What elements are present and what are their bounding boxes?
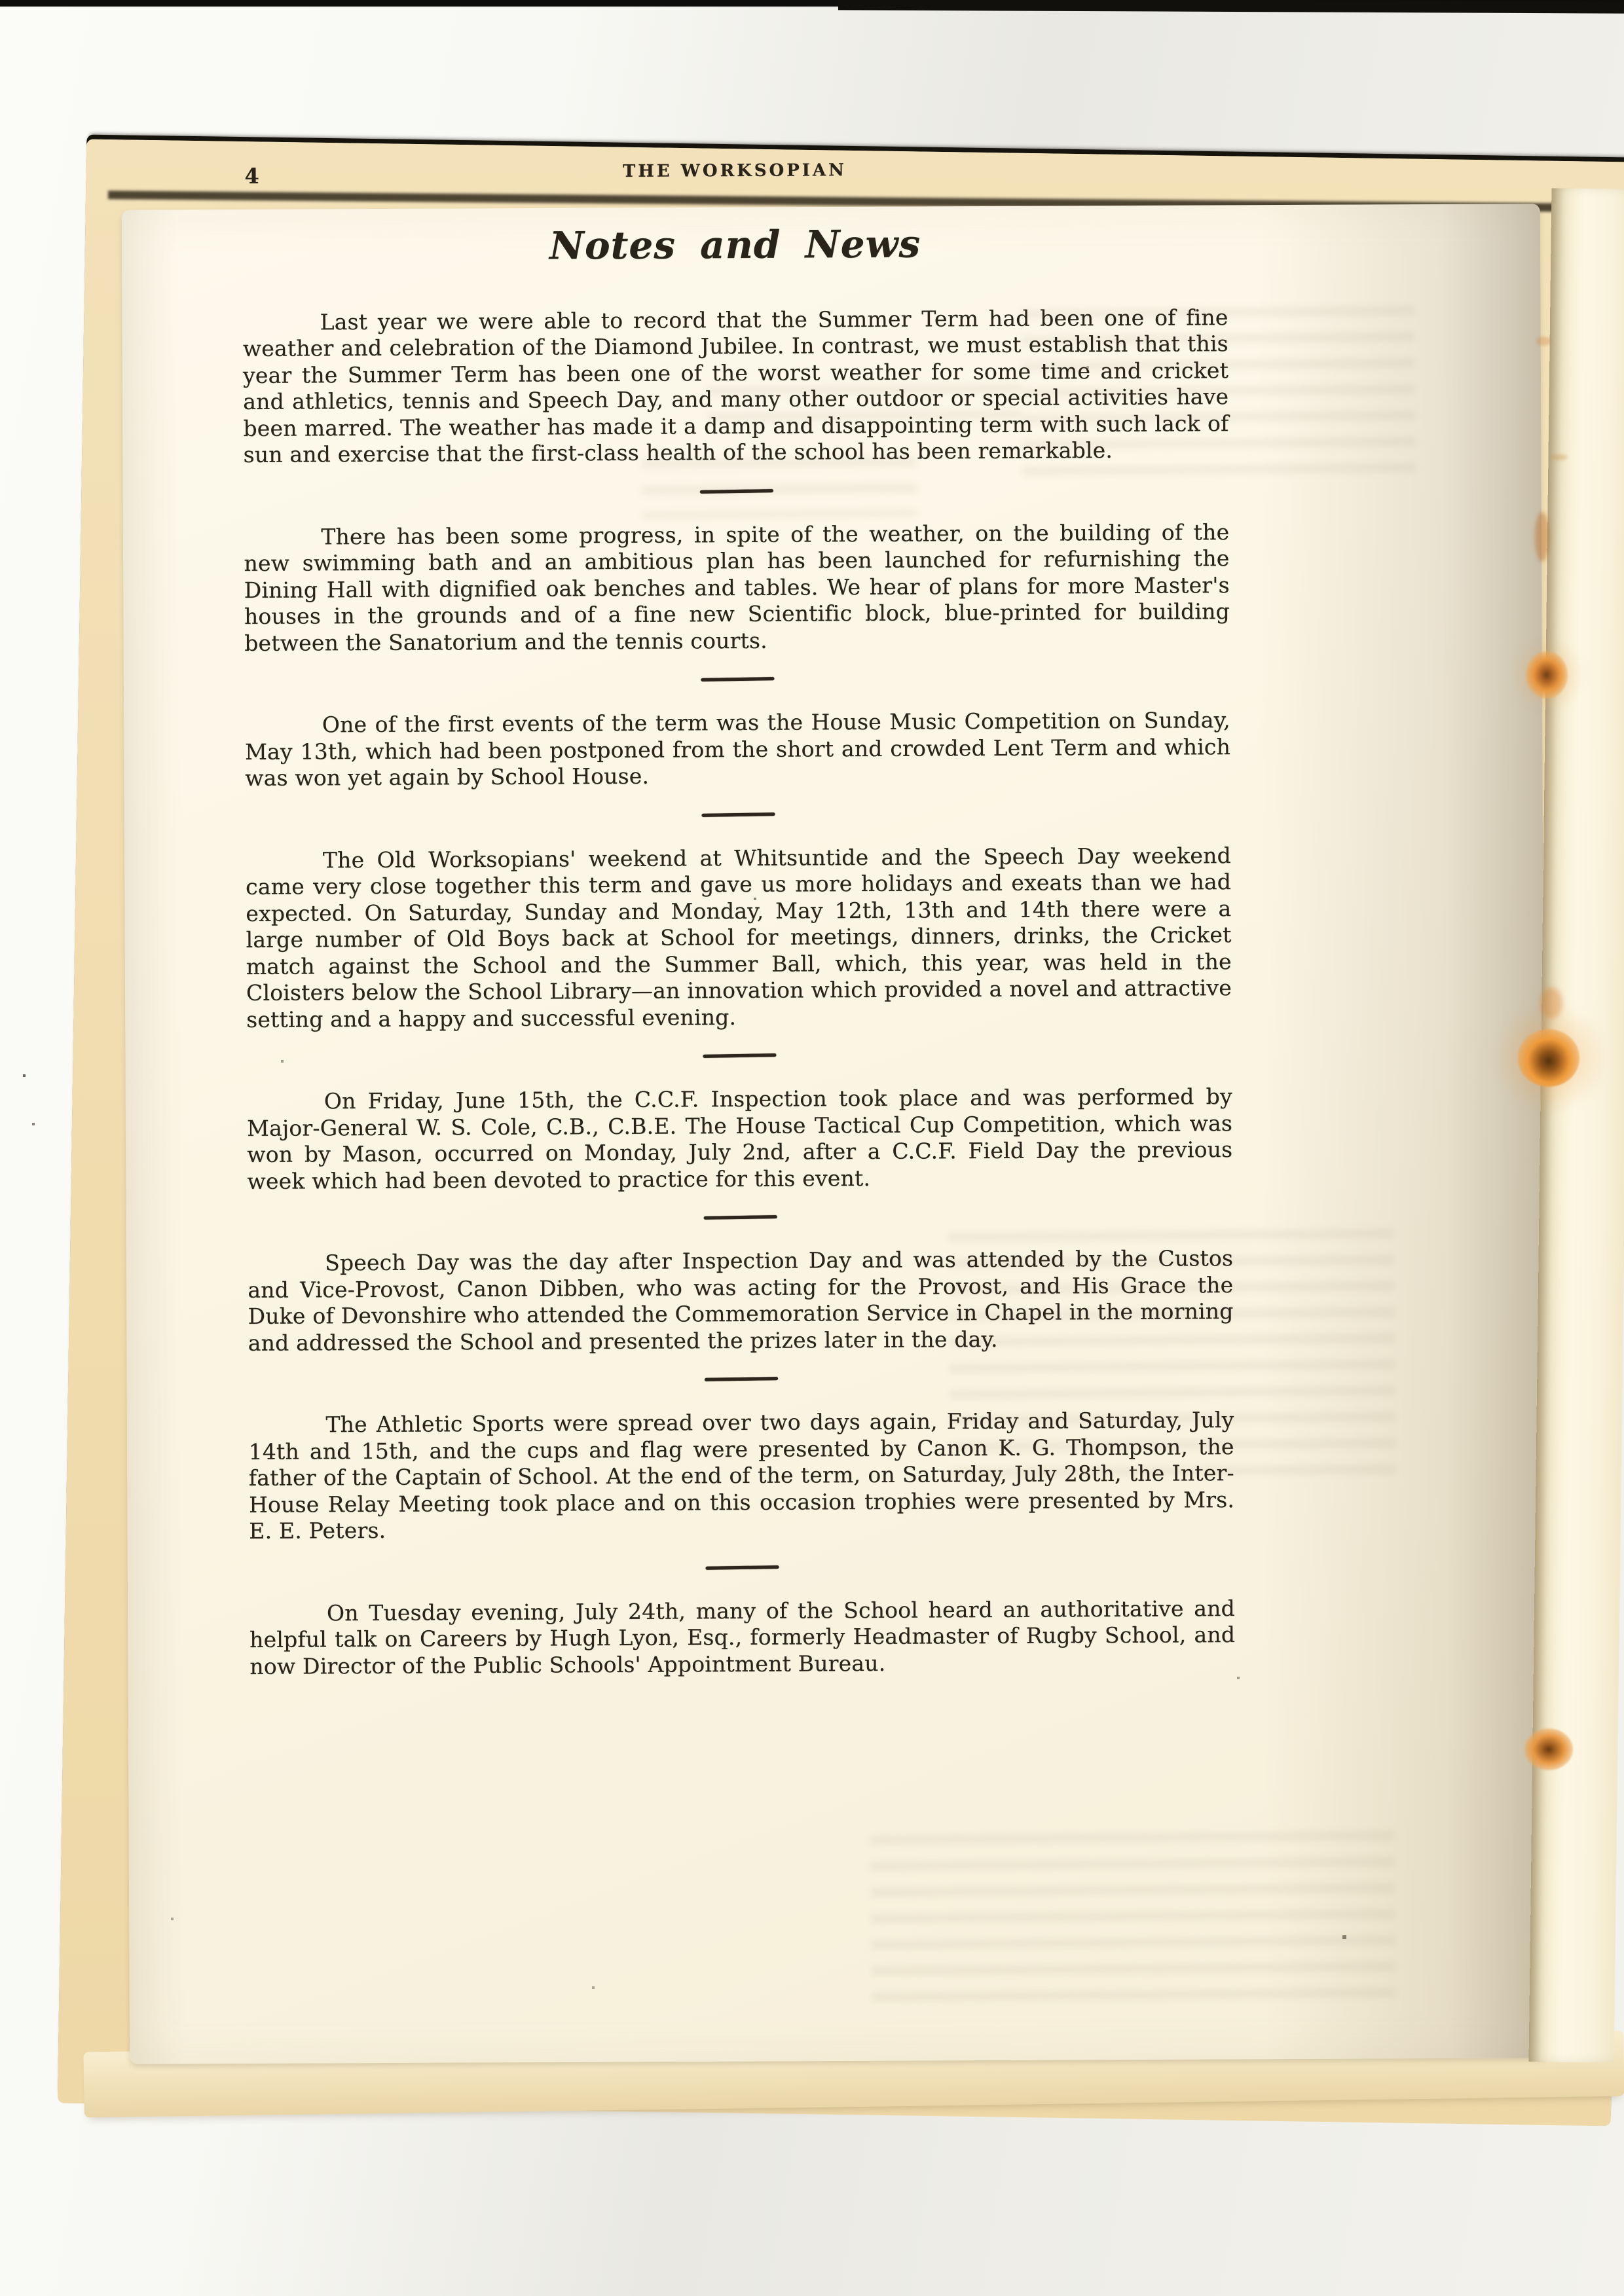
- section-divider-rule: [703, 1215, 777, 1220]
- running-header: THE WORKSOPIAN: [242, 158, 1227, 183]
- paragraph: The Athletic Sports were spread over two…: [248, 1407, 1234, 1544]
- running-header-row: 4 THE WORKSOPIAN: [241, 0, 1227, 190]
- section-divider-rule: [701, 677, 774, 682]
- paragraph: The Old Worksopians' weekend at Whitsunt…: [246, 843, 1232, 1033]
- page-number: 4: [244, 164, 259, 189]
- paragraph: One of the first events of the term was …: [245, 707, 1231, 792]
- section-divider-rule: [701, 812, 775, 817]
- paragraph: On Tuesday evening, July 24th, many of t…: [249, 1595, 1236, 1680]
- paragraph: Last year we were able to record that th…: [242, 304, 1228, 469]
- paragraph: There has been some progress, in spite o…: [244, 519, 1230, 657]
- scanned-document: 4 THE WORKSOPIAN Notes and News Last yea…: [0, 0, 1624, 2296]
- article-body: Last year we were able to record that th…: [242, 304, 1235, 1680]
- printed-text-column: 4 THE WORKSOPIAN Notes and News Last yea…: [241, 0, 1236, 1702]
- section-divider-rule: [699, 489, 773, 494]
- article-title: Notes and News: [242, 219, 1228, 271]
- paragraph: On Friday, June 15th, the C.C.F. Inspect…: [247, 1084, 1233, 1195]
- section-divider-rule: [703, 1053, 776, 1058]
- paragraph: Speech Day was the day after Inspection …: [248, 1245, 1234, 1357]
- section-divider-rule: [705, 1565, 779, 1570]
- section-divider-rule: [704, 1377, 777, 1381]
